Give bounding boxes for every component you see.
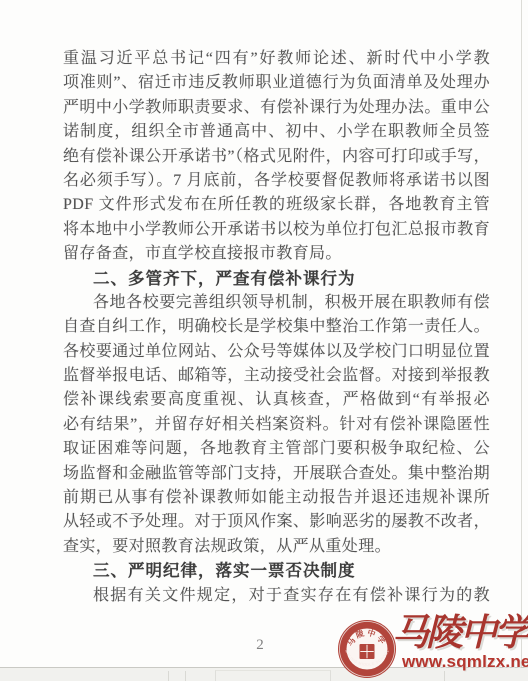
page-number: 2: [248, 637, 272, 654]
text-line: 名必须手写）。7 月底前，各学校要督促教师将承诺书以图片或: [63, 169, 490, 193]
page-edge-line: [521, 0, 522, 667]
text-line: 严明中小学教师职责要求、有偿补课行为处理办法。重申公开承: [63, 96, 490, 120]
text-line: 重温习近平总书记“四有”好教师论述、新时代中小学教师“十: [63, 47, 490, 71]
text-line: 前期已从事有偿补课教师如能主动报告并退还违规补课所得、可: [63, 486, 490, 510]
text-line: 必有结果”，并留存好相关档案资料。针对有偿补课隐匿性强、: [63, 413, 490, 437]
scan-artifact: [215, 670, 331, 681]
scan-artifact: [168, 671, 169, 681]
text-line: 绝有偿补课公开承诺书”（格式见附件，内容可打印或手写，签: [63, 145, 490, 169]
scanned-document-page: 重温习近平总书记“四有”好教师论述、新时代中小学教师“十 项准则”、宿迁市违反教…: [0, 0, 528, 681]
text-line: 从轻或不予处理。对于顶风作案、影响恶劣的屡教不改者，一经: [63, 510, 490, 534]
text-line: 根据有关文件规定，对于查实存在有偿补课行为的教师，视: [63, 584, 490, 608]
section-heading-3: 三、严明纪律，落实一票否决制度: [63, 559, 490, 583]
text-line: 取证困难等问题，各地教育主管部门要积极争取纪检、公安、市: [63, 437, 490, 461]
document-text: 重温习近平总书记“四有”好教师论述、新时代中小学教师“十 项准则”、宿迁市违反教…: [63, 47, 490, 608]
text-line: 监督举报电话、邮箱等，主动接受社会监督。对接到举报教师有: [63, 364, 490, 388]
text-line: 场监督和金融监管等部门支持，开展联合查处。集中整治期间，: [63, 462, 490, 486]
text-line: 将本地中小学教师公开承诺书以校为单位打包汇总报市教育局: [63, 218, 490, 242]
text-line: 留存备查，市直学校直接报市教育局。: [63, 242, 490, 266]
school-watermark: 马陵中学 MALING MIDDLE SCHOOL 马陵中学 www.sqmlz…: [330, 606, 528, 681]
text-line: 诺制度，组织全市普通高中、初中、小学在职教师全员签署“拒: [63, 120, 490, 144]
text-line: 各地各校要完善组织领导机制，积极开展在职教师有偿补课: [63, 291, 490, 315]
section-heading-2: 二、多管齐下，严查有偿补课行为: [63, 267, 490, 291]
text-line: 查实，要对照教育法规政策，从严从重处理。: [63, 535, 490, 559]
text-line: 偿补课线索要高度重视、认真核查，严格做到“有举报必查、查: [63, 388, 490, 412]
scan-artifact: [185, 671, 186, 681]
school-name-text: 马陵中学: [392, 610, 528, 654]
text-line: 各校要通过单位网站、公众号等媒体以及学校门口明显位置公开: [63, 340, 490, 364]
school-seal-icon: 马陵中学 MALING MIDDLE SCHOOL: [336, 618, 398, 680]
school-website-url: www.sqmlzx.net: [402, 652, 528, 672]
text-line: 自查自纠工作，明确校长是学校集中整治工作第一责任人。各地: [63, 315, 490, 339]
text-line: PDF 文件形式发布在所任教的班级家长群，各地教育主管部门要: [63, 193, 490, 217]
text-line: 项准则”、宿迁市违反教师职业道德行为负面清单及处理办法等，: [63, 71, 490, 95]
